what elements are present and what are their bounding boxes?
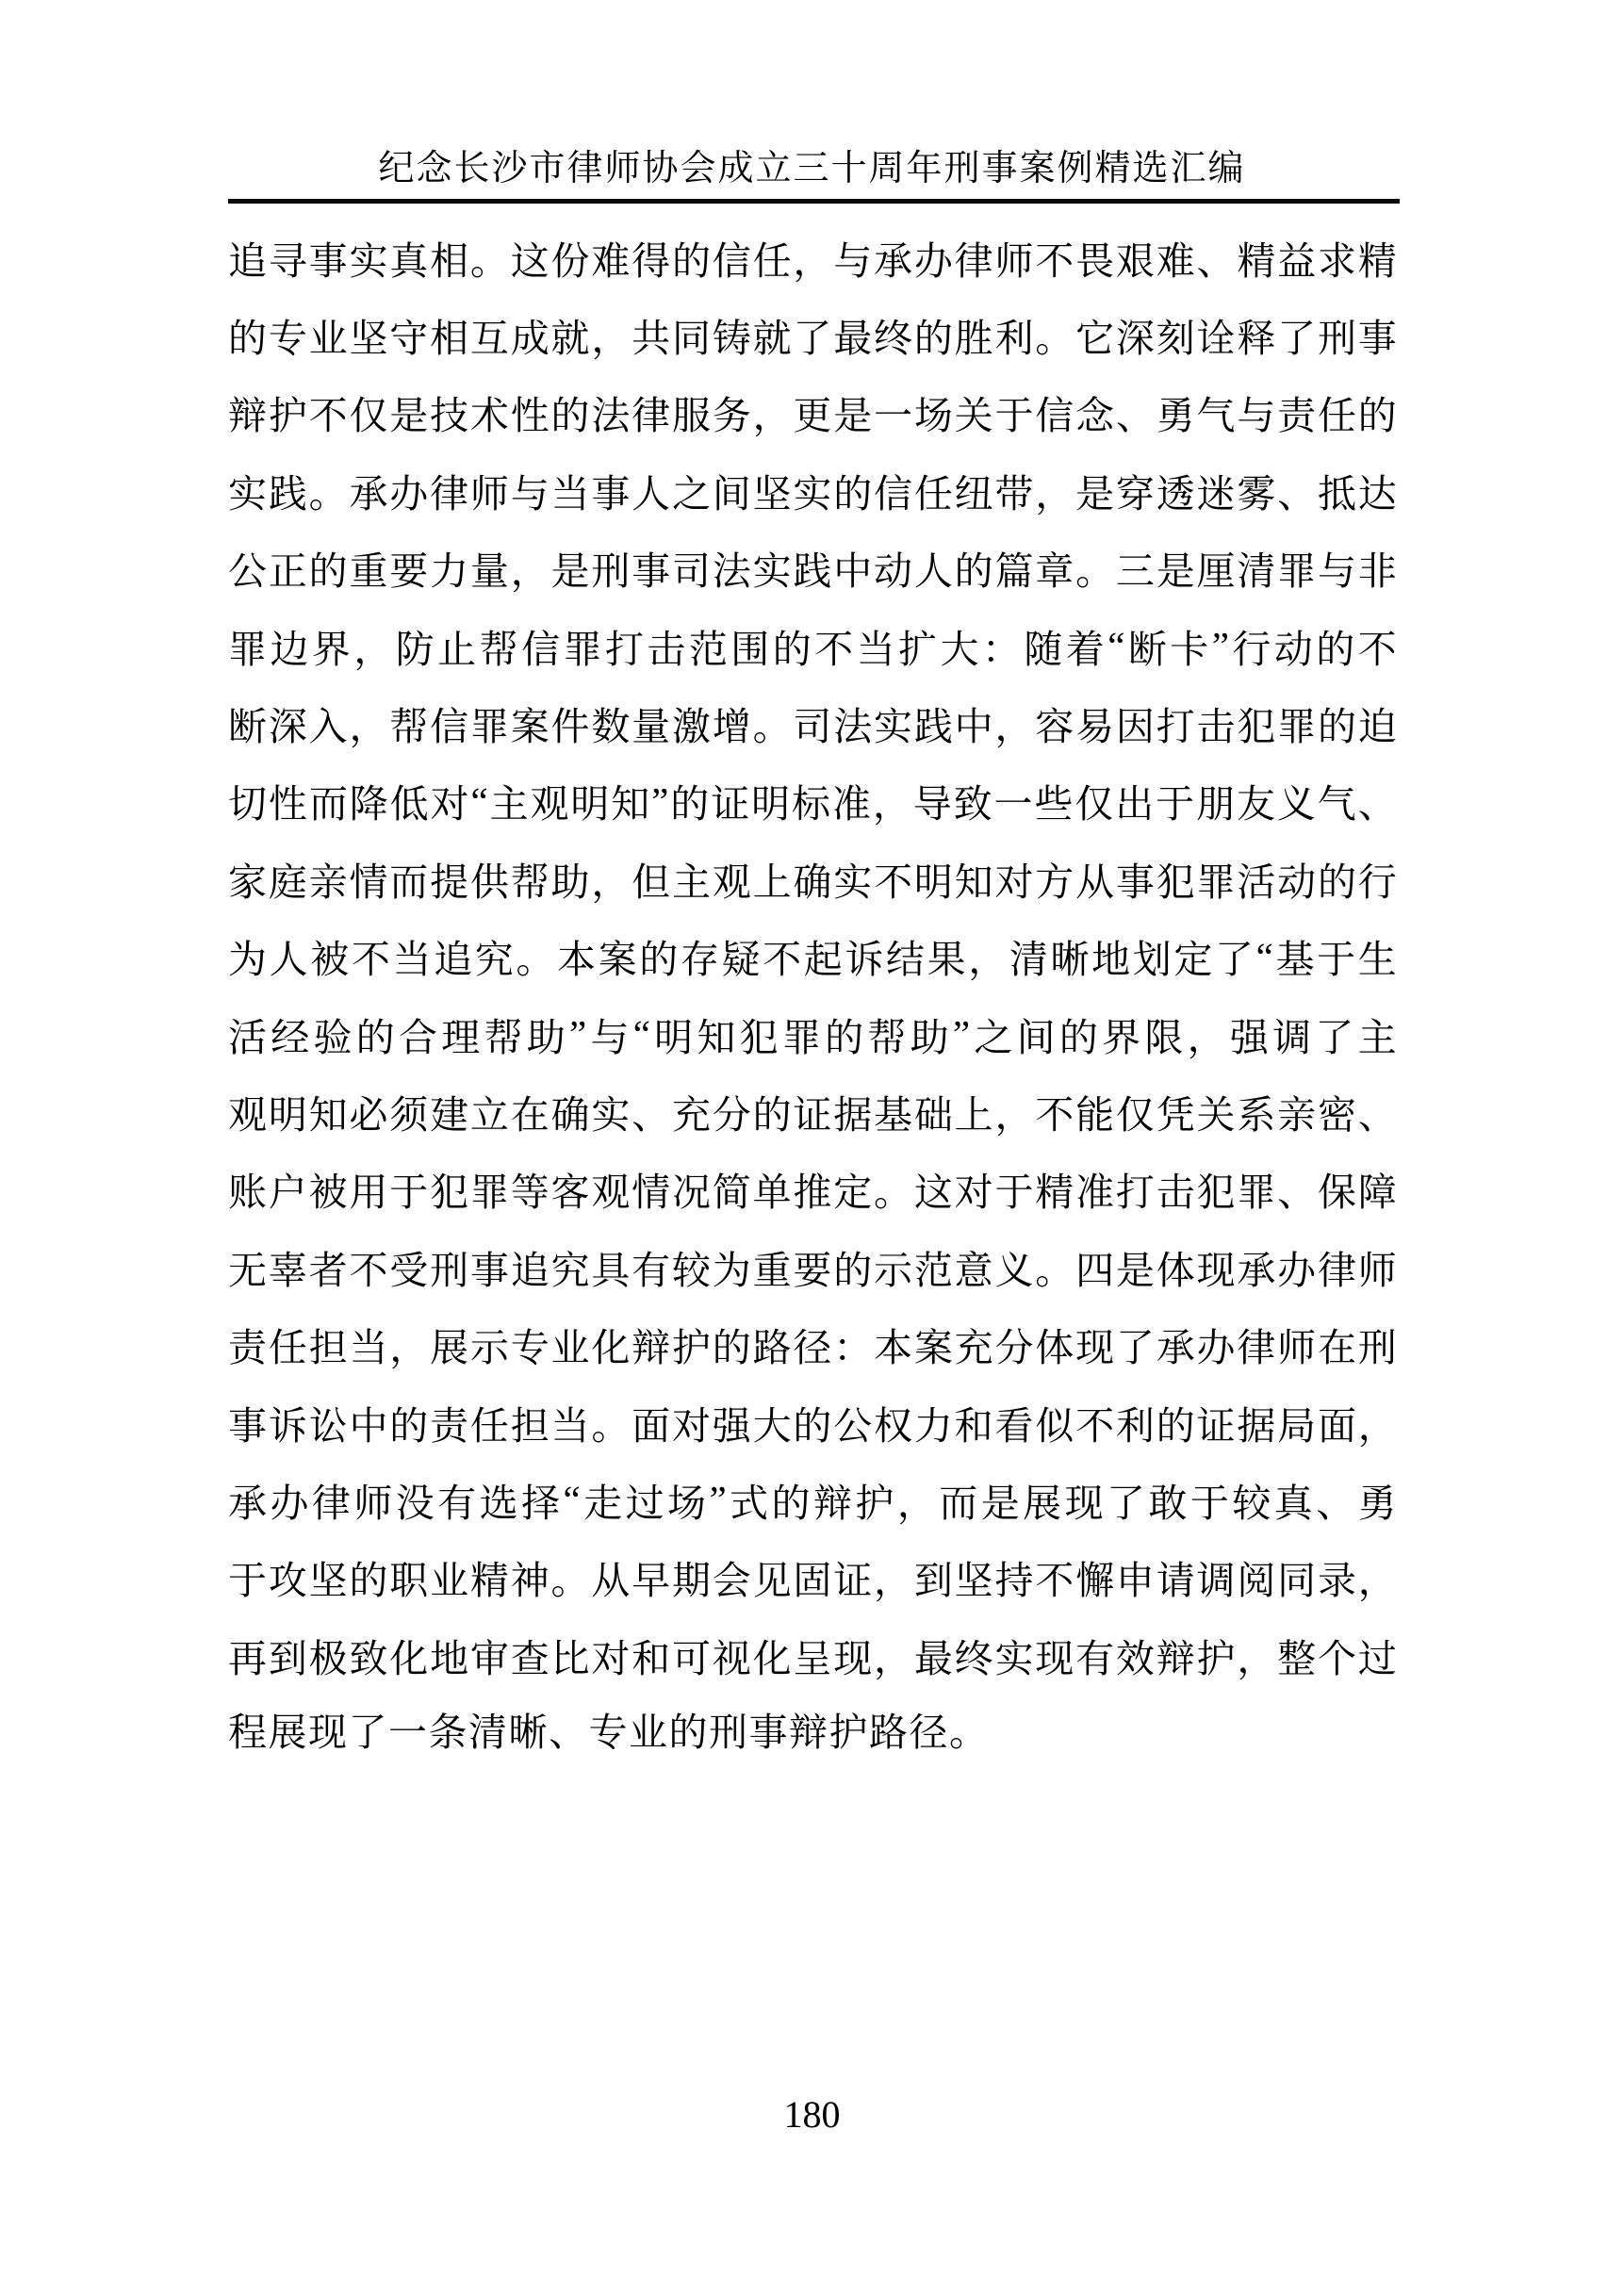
text-line: 账户被用于犯罪等客观情况简单推定。这对于精准打击犯罪、保障 — [228, 1151, 1397, 1228]
header-rule-divider — [228, 199, 1400, 204]
text-line: 事诉讼中的责任担当。面对强大的公权力和看似不利的证据局面， — [228, 1384, 1397, 1461]
running-header-title: 纪念长沙市律师协会成立三十周年刑事案例精选汇编 — [0, 147, 1624, 190]
text-line: 公正的重要力量，是刑事司法实践中动人的篇章。三是厘清罪与非 — [228, 530, 1397, 607]
text-line: 活经验的合理帮助”与“明知犯罪的帮助”之间的界限，强调了主 — [228, 995, 1397, 1073]
text-line: 罪边界，防止帮信罪打击范围的不当扩大：随着“断卡”行动的不 — [228, 607, 1397, 684]
text-line: 程展现了一条清晰、专业的刑事辩护路径。 — [228, 1694, 1397, 1771]
text-line: 追寻事实真相。这份难得的信任，与承办律师不畏艰难、精益求精 — [228, 219, 1397, 296]
text-line: 辩护不仅是技术性的法律服务，更是一场关于信念、勇气与责任的 — [228, 374, 1397, 451]
body-text: 追寻事实真相。这份难得的信任，与承办律师不畏艰难、精益求精的专业坚守相互成就，共… — [228, 219, 1397, 1772]
text-line: 家庭亲情而提供帮助，但主观上确实不明知对方从事犯罪活动的行 — [228, 840, 1397, 917]
text-line: 为人被不当追究。本案的存疑不起诉结果，清晰地划定了“基于生 — [228, 918, 1397, 995]
text-line: 责任担当，展示专业化辩护的路径：本案充分体现了承办律师在刑 — [228, 1305, 1397, 1383]
text-line: 于攻坚的职业精神。从早期会见固证，到坚持不懈申请调阅同录， — [228, 1539, 1397, 1616]
text-line: 切性而降低对“主观明知”的证明标准，导致一些仅出于朋友义气、 — [228, 762, 1397, 840]
document-page: 纪念长沙市律师协会成立三十周年刑事案例精选汇编 追寻事实真相。这份难得的信任，与… — [0, 0, 1624, 2293]
text-line: 承办律师没有选择“走过场”式的辩护，而是展现了敢于较真、勇 — [228, 1461, 1397, 1538]
text-line: 的专业坚守相互成就，共同铸就了最终的胜利。它深刻诠释了刑事 — [228, 296, 1397, 373]
text-line: 观明知必须建立在确实、充分的证据基础上，不能仅凭关系亲密、 — [228, 1073, 1397, 1150]
text-line: 无辜者不受刑事追究具有较为重要的示范意义。四是体现承办律师 — [228, 1228, 1397, 1305]
text-line: 再到极致化地审查比对和可视化呈现，最终实现有效辩护，整个过 — [228, 1616, 1397, 1694]
text-line: 实践。承办律师与当事人之间坚实的信任纽带，是穿透迷雾、抵达 — [228, 451, 1397, 529]
page-number: 180 — [0, 2094, 1624, 2136]
text-line: 断深入，帮信罪案件数量激增。司法实践中，容易因打击犯罪的迫 — [228, 684, 1397, 762]
